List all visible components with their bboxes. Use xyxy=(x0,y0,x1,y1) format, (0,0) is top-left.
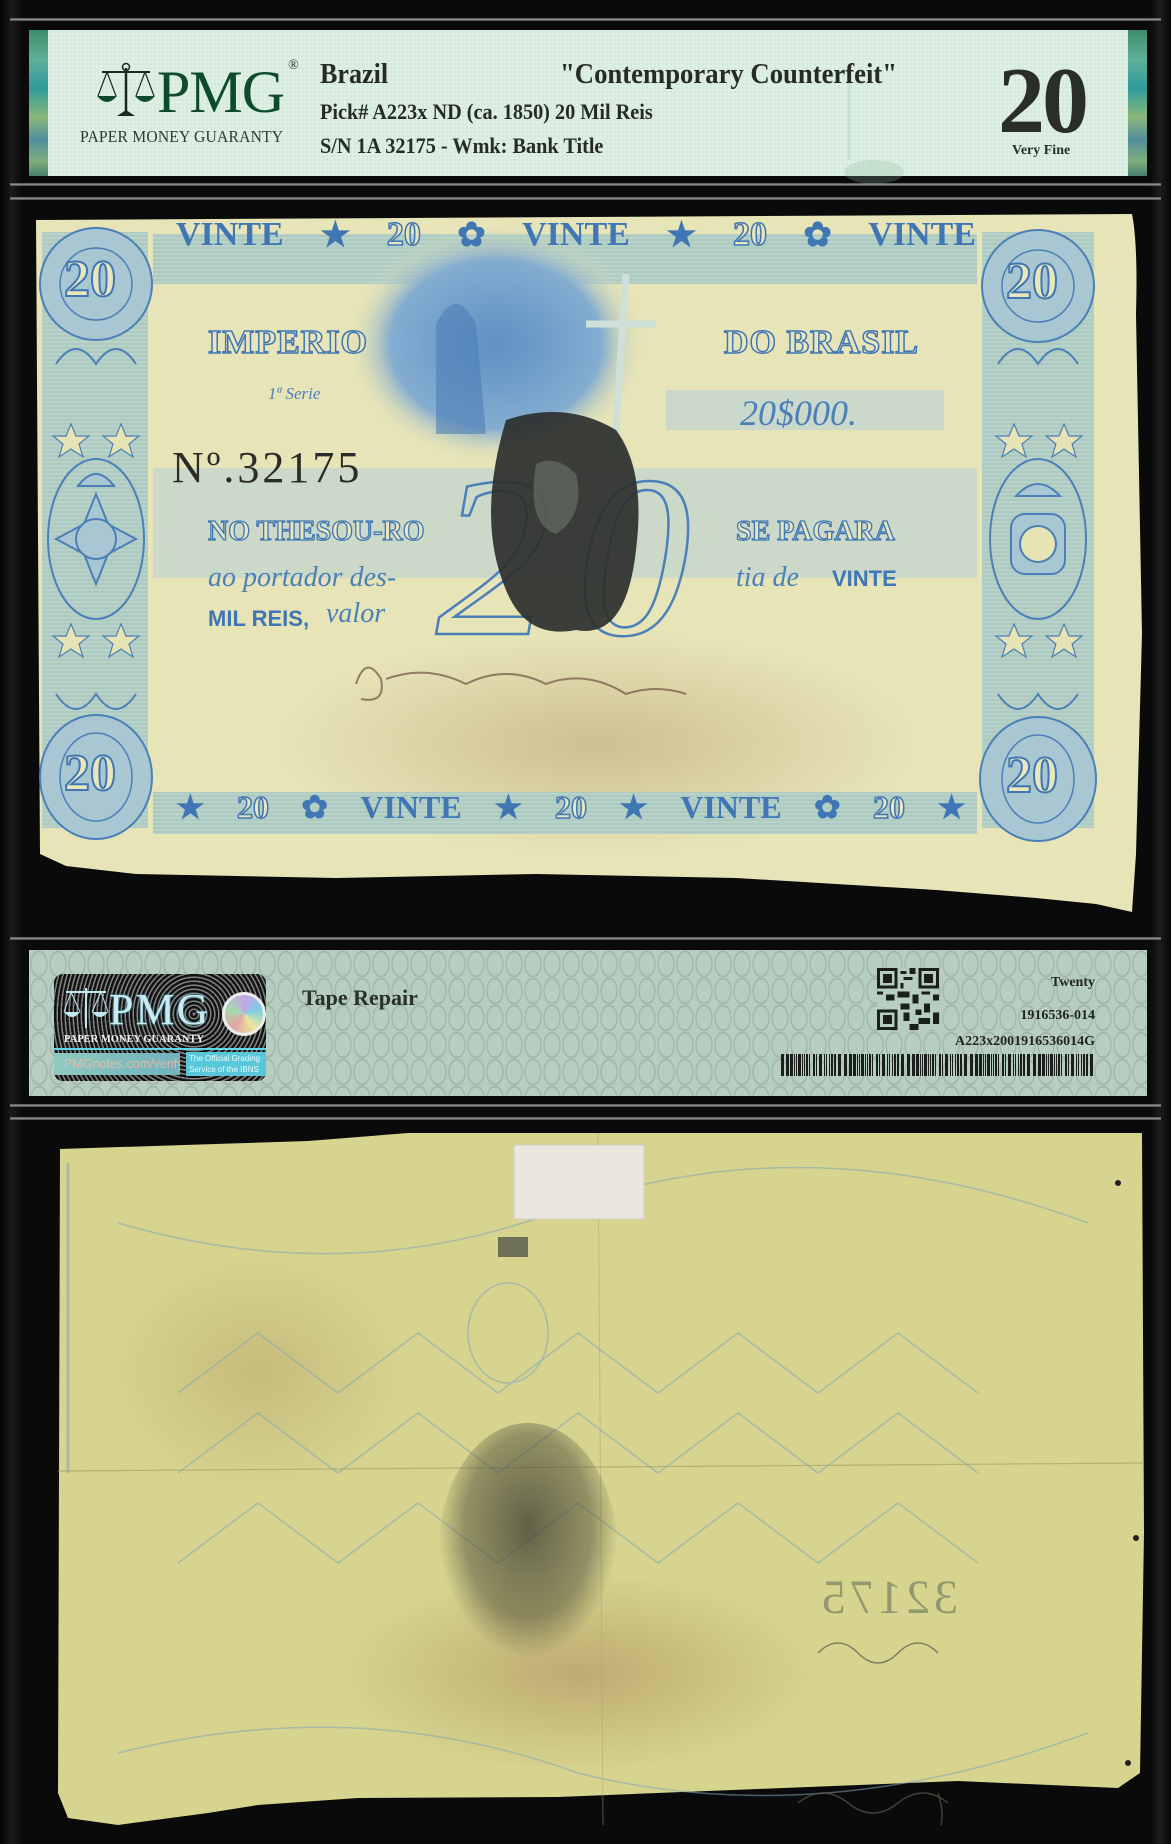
label-comment: Tape Repair xyxy=(302,985,418,1011)
serial-prefix: Nº. xyxy=(172,443,237,492)
certification-label: PMG PAPER MONEY GUARANTY PMGnotes.com/ve… xyxy=(29,950,1147,1096)
border-word: VINTE xyxy=(360,789,461,826)
hologram-brand: PMG xyxy=(109,984,210,1035)
tape-repair-patch xyxy=(514,1145,644,1219)
holder-rail xyxy=(10,1104,1161,1107)
star-icon: ★ xyxy=(176,788,205,826)
star-icon: ★ xyxy=(619,788,648,826)
border-word: VINTE xyxy=(868,216,976,254)
rosette-icon: ✿ xyxy=(301,788,328,826)
country: Brazil xyxy=(320,58,388,91)
cert-number: 1916536-014 xyxy=(1020,1008,1095,1024)
title-imperio: IMPERIO xyxy=(208,324,368,362)
brand-name: PMG xyxy=(157,66,284,118)
barcode-icon xyxy=(781,1054,1093,1076)
star-icon: ★ xyxy=(320,215,350,255)
star-icon: ★ xyxy=(494,788,523,826)
holder-rail xyxy=(10,183,1161,186)
star-icon: ★ xyxy=(666,215,696,255)
hologram-sticker: PMG PAPER MONEY GUARANTY PMGnotes.com/ve… xyxy=(54,974,266,1081)
holder-rail xyxy=(10,937,1161,940)
promise-value: VINTE xyxy=(832,566,897,592)
border-word: VINTE xyxy=(680,789,781,826)
hologram-strip xyxy=(1128,30,1147,176)
corner-value: 20 xyxy=(64,250,116,309)
variety: "Contemporary Counterfeit" xyxy=(560,58,897,91)
rosette-icon: ✿ xyxy=(803,215,832,255)
promise-text: valor xyxy=(326,598,385,630)
promise-text: tia de xyxy=(736,562,799,594)
border-word: VINTE xyxy=(522,216,630,254)
pmg-logo: PMG ® xyxy=(97,62,299,118)
official-grading-text: The Official Grading Service of the IBNS xyxy=(186,1052,266,1076)
series-label: 1ª Serie xyxy=(268,384,320,404)
verify-url: PMGnotes.com/verify xyxy=(54,1053,180,1075)
grading-label: PMG ® PAPER MONEY GUARANTY Brazil "Conte… xyxy=(29,30,1147,176)
promise-text: SE PAGARA xyxy=(736,516,895,548)
border-numeral: 20 xyxy=(555,789,587,826)
item-code: A223x2001916536014G xyxy=(955,1034,1095,1050)
grade-number: 20 xyxy=(998,56,1086,146)
grade-word: Twenty xyxy=(1051,975,1095,991)
promise-text: ao portador des- xyxy=(208,562,396,594)
serial-digits: 32175 xyxy=(237,443,362,492)
hologram-tagline: PAPER MONEY GUARANTY xyxy=(64,1034,204,1045)
registered-mark: ® xyxy=(288,58,299,74)
holder-rail xyxy=(10,197,1161,200)
border-numeral: 20 xyxy=(387,216,421,254)
bottom-border-text: ★ 20 ✿ VINTE ★ 20 ★ VINTE ✿ 20 ★ xyxy=(176,786,966,828)
scales-of-justice-icon xyxy=(97,62,155,118)
rosette-icon: ✿ xyxy=(457,215,486,255)
top-border-text: VINTE ★ 20 ✿ VINTE ★ 20 ✿ VINTE xyxy=(176,210,976,260)
grade-description: Very Fine xyxy=(1012,143,1070,159)
hologram-strip xyxy=(29,30,48,176)
qr-code-icon xyxy=(877,968,939,1030)
border-numeral: 20 xyxy=(733,216,767,254)
hologram-seal-icon xyxy=(222,992,266,1036)
title-do-brasil: DO BRASIL xyxy=(724,324,919,362)
value-numeral: 20$000. xyxy=(740,392,857,434)
banknote-back: 32175 xyxy=(58,1133,1144,1825)
banknote-front: 2 0 VINTE ★ 20 ✿ VINTE ★ 20 ✿ VINTE ★ 20… xyxy=(36,214,1142,912)
mirrored-serial: 32175 xyxy=(818,1571,958,1624)
rosette-icon: ✿ xyxy=(814,788,841,826)
border-numeral: 20 xyxy=(873,789,905,826)
scales-of-justice-icon xyxy=(62,984,110,1032)
holder-rail xyxy=(10,1117,1161,1120)
catalog-line: Pick# A223x ND (ca. 1850) 20 Mil Reis xyxy=(320,99,653,125)
hologram-divider xyxy=(54,1048,266,1050)
promise-text: MIL REIS, xyxy=(208,606,309,632)
banknote-back-image: 32175 xyxy=(58,1133,1144,1825)
star-icon: ★ xyxy=(937,788,966,826)
corner-value: 20 xyxy=(1006,252,1058,311)
promise-text: NO THESOU-RO xyxy=(208,516,425,548)
serial-number: Nº.32175 xyxy=(172,442,362,493)
border-numeral: 20 xyxy=(237,789,269,826)
serial-line: S/N 1A 32175 - Wmk: Bank Title xyxy=(320,133,603,159)
border-word: VINTE xyxy=(176,216,284,254)
corner-value: 20 xyxy=(64,744,116,803)
holder-rail xyxy=(10,18,1161,21)
pmg-holder: PMG ® PAPER MONEY GUARANTY Brazil "Conte… xyxy=(0,0,1171,1844)
brand-tagline: PAPER MONEY GUARANTY xyxy=(80,127,283,147)
corner-value: 20 xyxy=(1006,746,1058,805)
watermark-scales-icon xyxy=(819,80,909,190)
